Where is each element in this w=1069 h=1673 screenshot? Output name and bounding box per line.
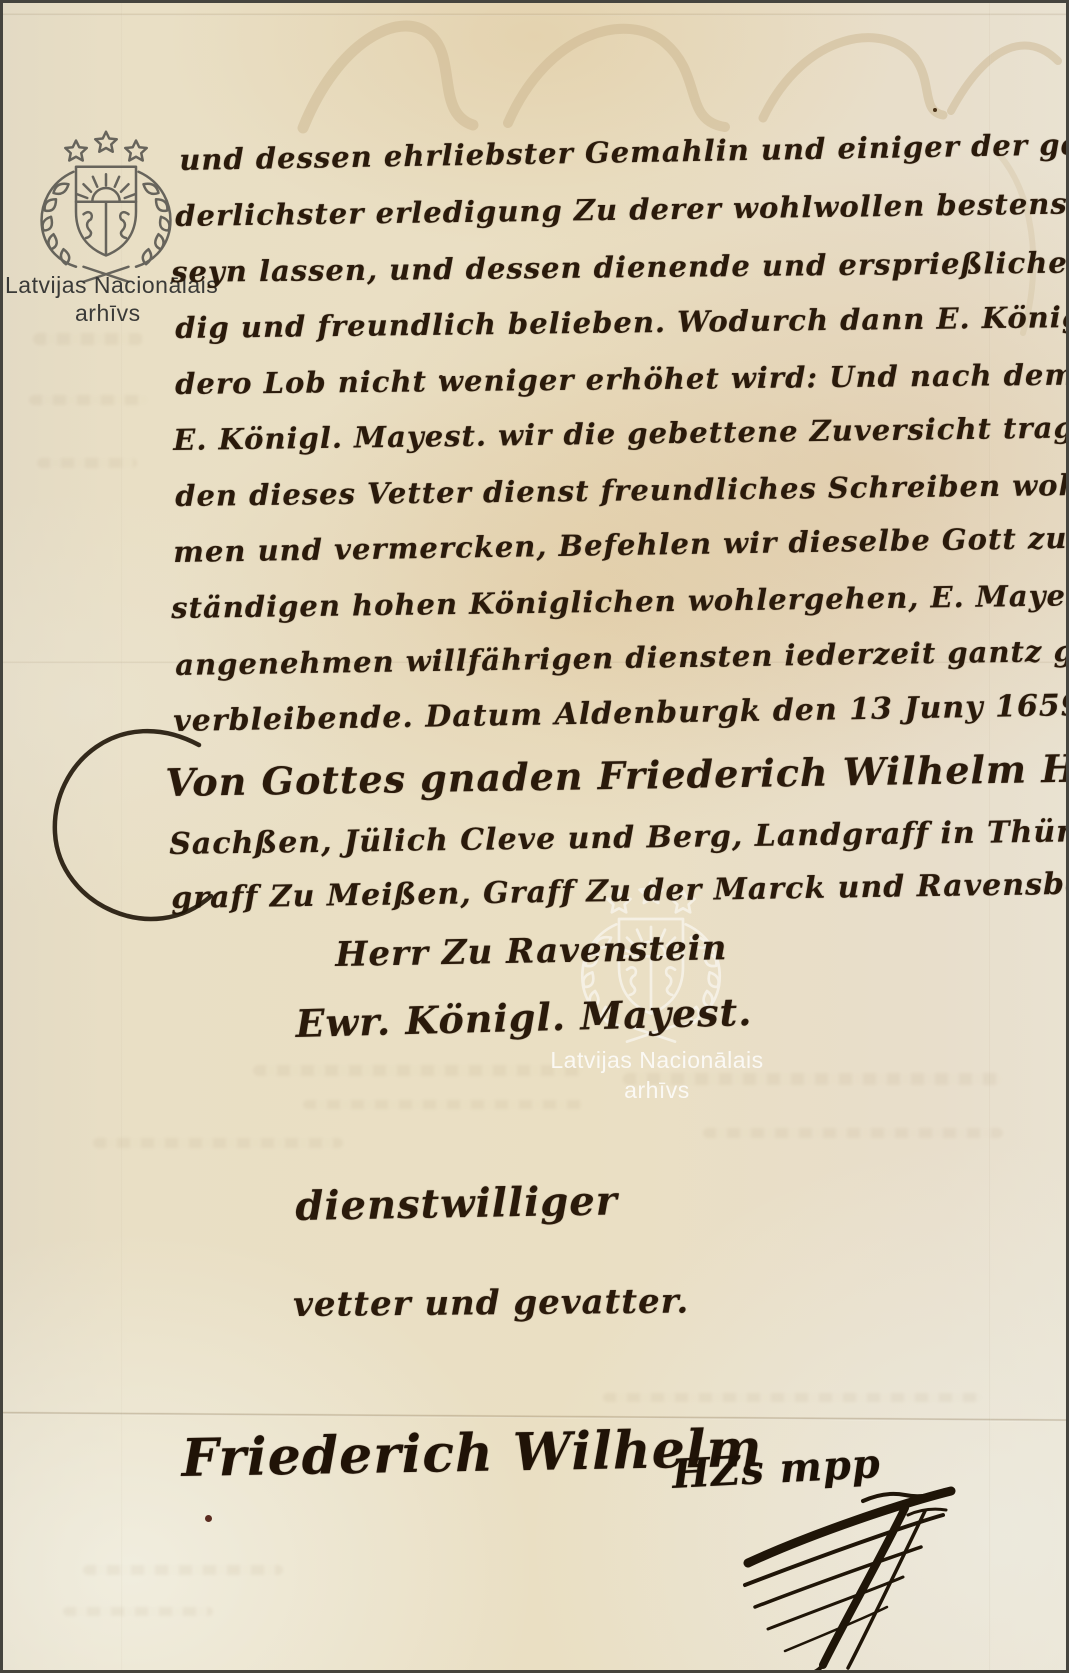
- bleedthrough-text-ghost: [83, 1565, 283, 1575]
- manuscript-line-12: Von Gottes gnaden Friederich Wilhelm Her…: [165, 742, 1069, 805]
- watermark-center-line2: arhīvs: [497, 1077, 817, 1104]
- bleedthrough-text-ghost: [93, 1138, 343, 1148]
- manuscript-line-7: den dieses Vetter dienst freundliches Sc…: [175, 466, 1069, 513]
- manuscript-line-14: graff Zu Meißen, Graff Zu der Marck und …: [171, 866, 1069, 916]
- manuscript-line-1: und dessen ehrliebster Gemahlin und eini…: [179, 123, 1069, 177]
- bleedthrough-text-ghost: [33, 333, 143, 345]
- signature-trailing-stroke: [863, 1490, 945, 1501]
- manuscript-line-15: Herr Zu Ravenstein: [335, 928, 728, 975]
- manuscript-line-11: verbleibende. Datum Aldenburgk den 13 Ju…: [173, 688, 1069, 739]
- bleedthrough-text-ghost: [37, 458, 137, 468]
- coat-of-arms-icon: [31, 129, 181, 287]
- watermark-center-line1: Latvijas Nacionālais: [497, 1047, 817, 1074]
- closing-line-2: vetter und gevatter.: [293, 1282, 689, 1325]
- manuscript-line-3: seyn lassen, und dessen dienende und ers…: [171, 243, 1069, 289]
- signature-trailing-stroke: [908, 1509, 946, 1515]
- manuscript-line-4: dig und freundlich belieben. Wodurch dan…: [175, 298, 1069, 345]
- fold-crease-top: [3, 13, 1066, 16]
- fold-crease-lower: [3, 1411, 1066, 1421]
- scanned-manuscript-page: Latvijas Nacionālais arhīvs Latvijas Nac…: [0, 0, 1069, 1673]
- bleedthrough-text-ghost: [63, 1607, 213, 1616]
- ink-scribble-paraph: [745, 1491, 951, 1673]
- ink-speck: [933, 108, 937, 112]
- bleedthrough-text-ghost: [29, 395, 149, 405]
- manuscript-line-13: Sachßen, Jülich Cleve und Berg, Landgraf…: [169, 811, 1069, 862]
- bleedthrough-text-ghost: [703, 1128, 1003, 1138]
- manuscript-line-9: ständigen hohen Königlichen wohlergehen,…: [171, 576, 1069, 625]
- ink-speck: [205, 1515, 212, 1522]
- closing-line-1: dienstwilliger: [295, 1177, 618, 1230]
- manuscript-line-2: derlichster erledigung Zu derer wohlwoll…: [175, 183, 1069, 233]
- manuscript-line-5: dero Lob nicht weniger erhöhet wird: Und…: [175, 356, 1069, 401]
- manuscript-line-10: angenehmen willfährigen diensten iederze…: [175, 632, 1069, 682]
- signature-paraph: HZs mpp: [671, 1440, 882, 1498]
- manuscript-line-8: men und vermercken, Befehlen wir dieselb…: [173, 520, 1069, 569]
- ink-speck: [439, 375, 443, 379]
- watermark-corner-line2: arhīvs: [75, 300, 141, 327]
- bleedthrough-text-ghost: [603, 1393, 983, 1402]
- manuscript-line-6: E. Königl. Mayest. wir die gebettene Zuv…: [173, 408, 1069, 457]
